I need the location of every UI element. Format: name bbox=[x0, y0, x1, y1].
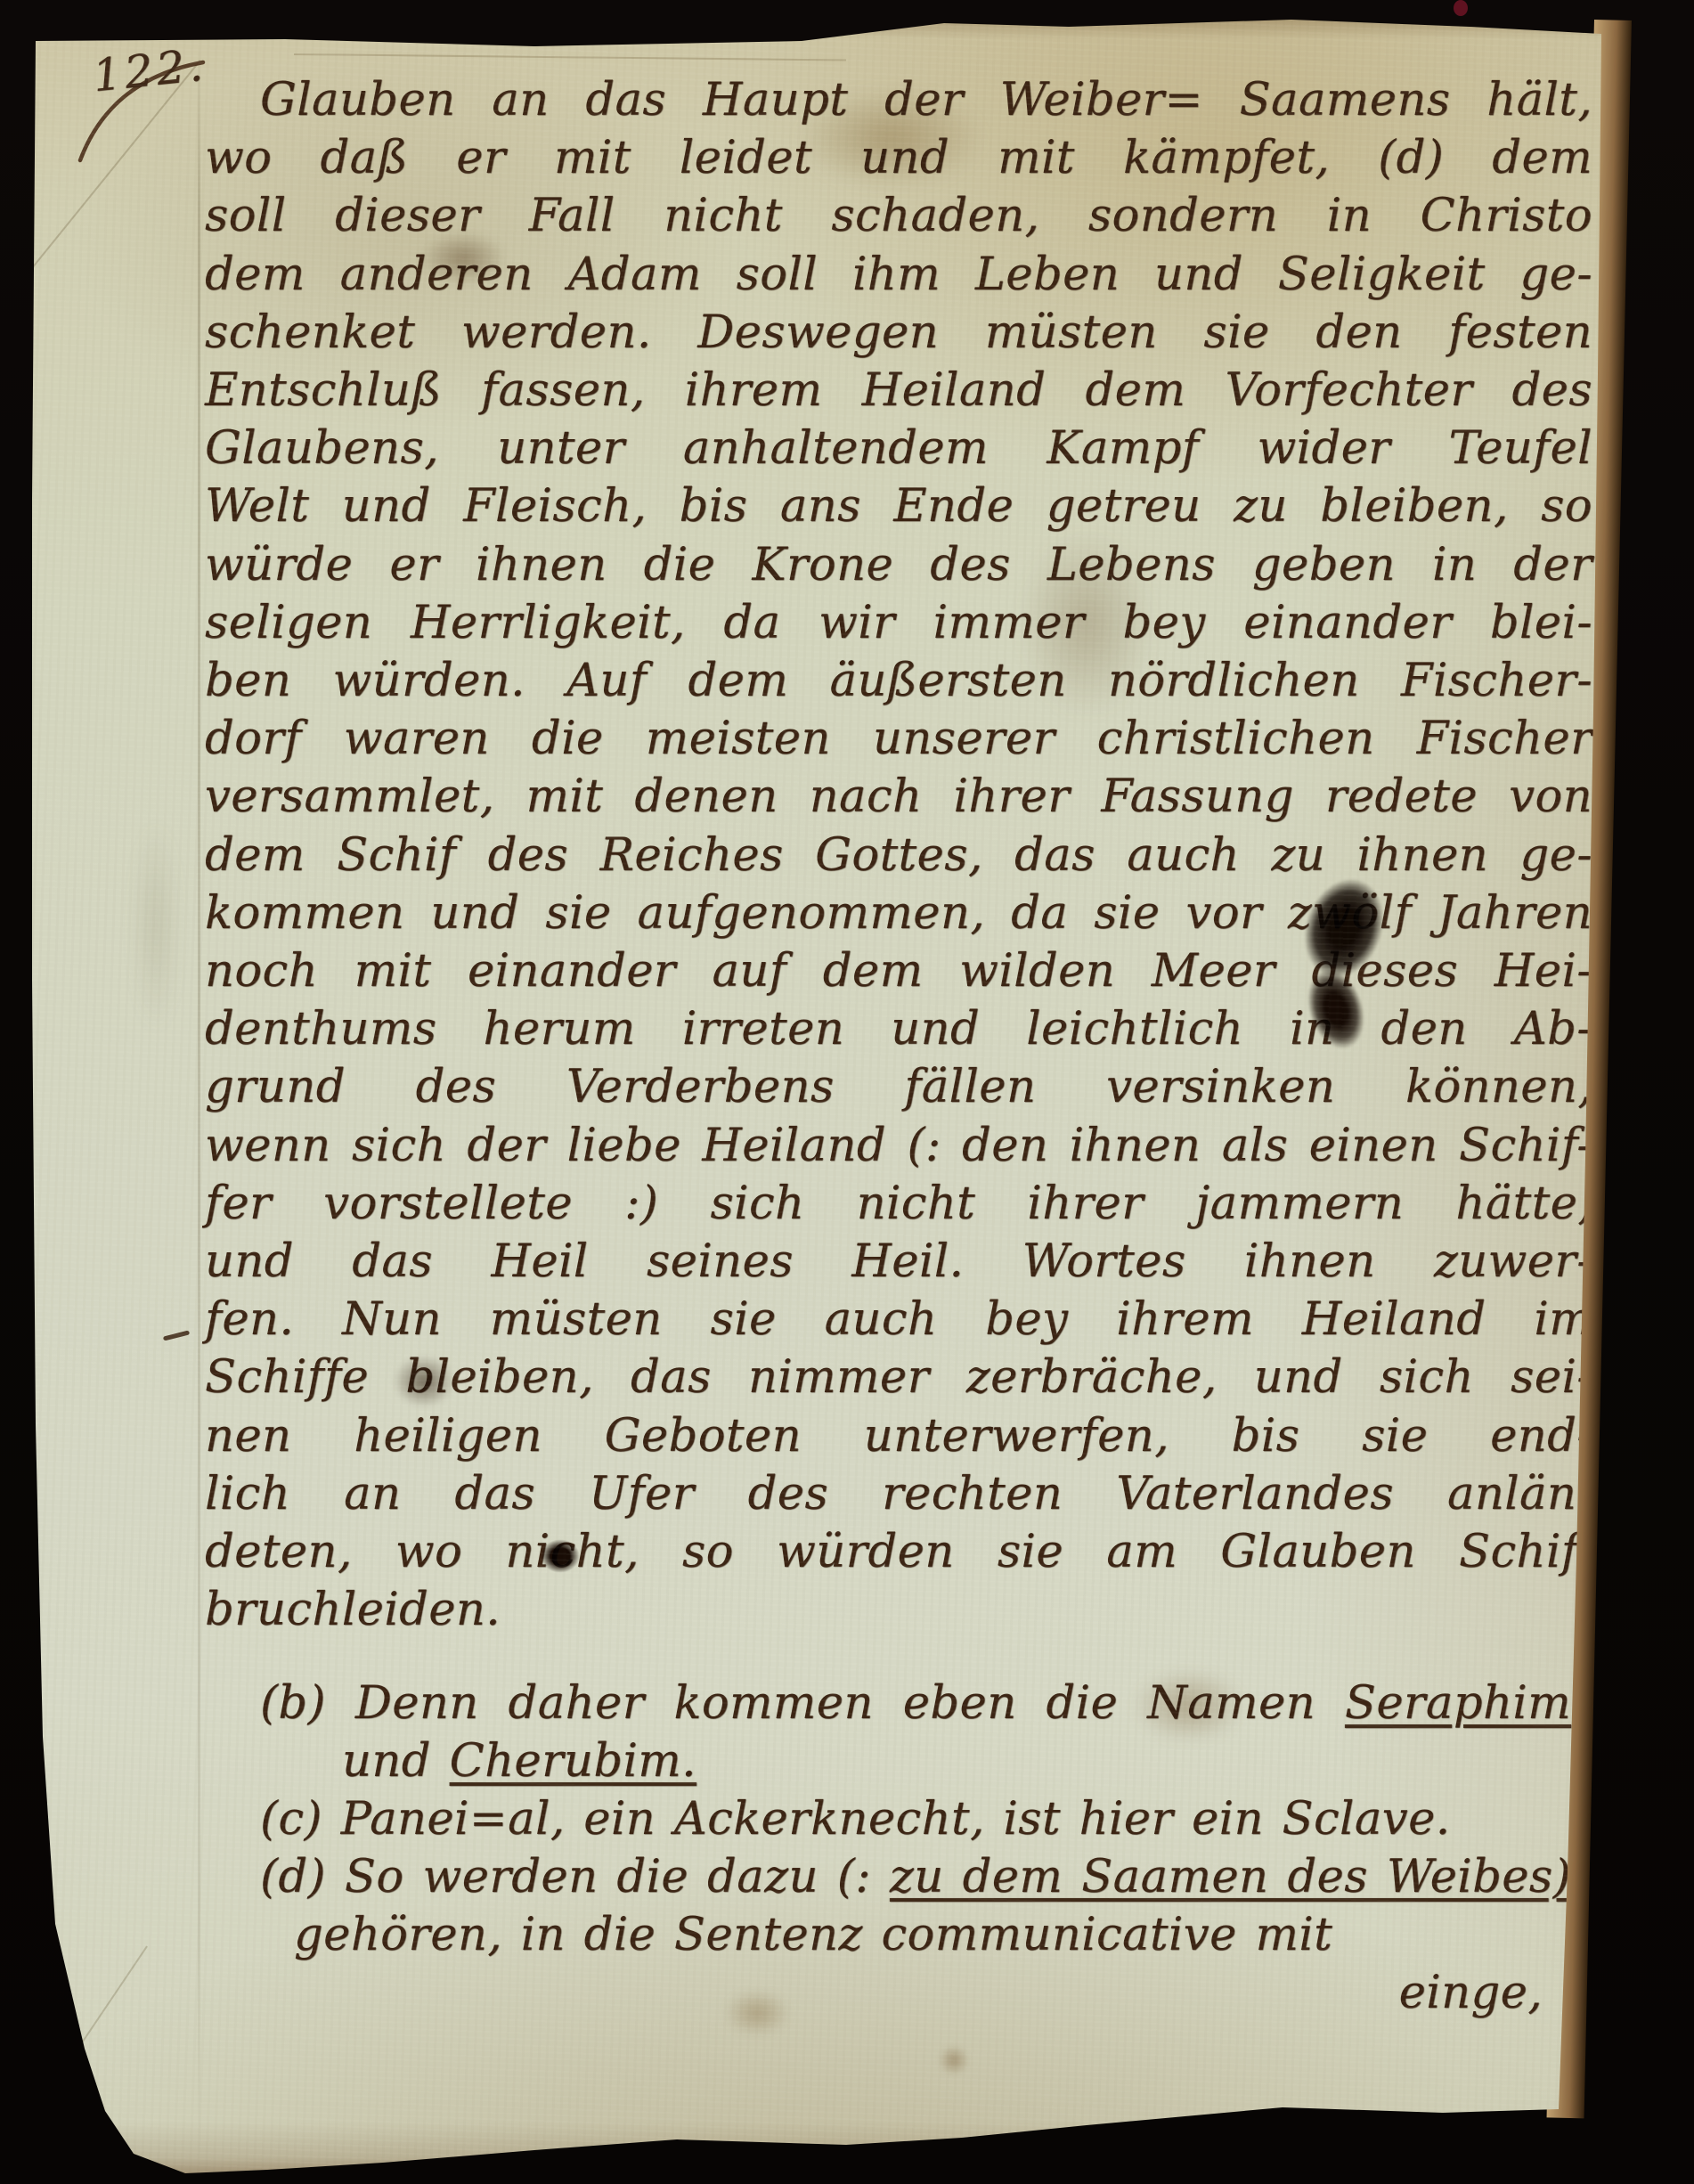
manuscript-line: seligen Herrligkeit, da wir immer bey ei… bbox=[205, 596, 1592, 651]
manuscript-line: wo daß er mit leidet und mit kämpfet, (d… bbox=[205, 131, 1592, 186]
manuscript-line: wenn sich der liebe Heiland (: den ihnen… bbox=[205, 1119, 1592, 1174]
manuscript-line: versammlet, mit denen nach ihrer Fassung… bbox=[205, 770, 1592, 825]
manuscript-line: soll dieser Fall nicht schaden, sondern … bbox=[205, 189, 1592, 244]
manuscript-line: lich an das Ufer des rechten Vaterlandes… bbox=[205, 1467, 1592, 1522]
footnote-line: und Cherubim. bbox=[342, 1734, 696, 1789]
manuscript-line: dorf waren die meisten unserer christlic… bbox=[205, 712, 1592, 767]
footnote-line: (d) So werden die dazu (: zu dem Saamen … bbox=[260, 1850, 1571, 1905]
binding-mark bbox=[1454, 0, 1468, 16]
fold-crease-bottom-left bbox=[61, 1946, 148, 2073]
paper-stain bbox=[933, 2040, 974, 2081]
fold-crease-vertical bbox=[198, 41, 200, 2161]
manuscript-line: und das Heil seines Heil. Wortes ihnen z… bbox=[205, 1235, 1592, 1290]
page-number: 122. bbox=[91, 42, 208, 98]
manuscript-line: fen. Nun müsten sie auch bey ihrem Heila… bbox=[205, 1292, 1592, 1348]
manuscript-line: dem Schif des Reiches Gottes, das auch z… bbox=[205, 828, 1592, 884]
manuscript-line: dem anderen Adam soll ihm Leben und Seli… bbox=[205, 248, 1592, 303]
manuscript-line: kommen und sie aufgenommen, da sie vor z… bbox=[205, 886, 1592, 941]
margin-dash bbox=[163, 1330, 190, 1341]
manuscript-line: bruchleiden. bbox=[205, 1583, 501, 1638]
manuscript-line: schenket werden. Deswegen müsten sie den… bbox=[205, 306, 1592, 361]
manuscript-line: Schiffe bleiben, das nimmer zerbräche, u… bbox=[205, 1350, 1592, 1406]
paper-stain bbox=[713, 1982, 802, 2044]
photo-background: 122. Glauben an das Haupt der Weiber= Sa… bbox=[0, 0, 1694, 2184]
footnote-line: einge, bbox=[1399, 1966, 1543, 2021]
paper-stain bbox=[125, 784, 187, 1069]
manuscript-line: Welt und Fleisch, bis ans Ende getreu zu… bbox=[205, 479, 1592, 534]
manuscript-line: nen heiligen Geboten unterwerfen, bis si… bbox=[205, 1409, 1592, 1464]
footnote-line: (c) Panei=al, ein Ackerknecht, ist hier … bbox=[260, 1792, 1450, 1847]
manuscript-line: Glaubens, unter anhaltendem Kampf wider … bbox=[205, 421, 1592, 477]
manuscript-line: deten, wo nicht, so würden sie am Glaube… bbox=[205, 1525, 1592, 1580]
manuscript-line: noch mit einander auf dem wilden Meer di… bbox=[205, 944, 1592, 999]
manuscript-line: grund des Verderbens fällen versinken kö… bbox=[205, 1060, 1592, 1115]
manuscript-line: würde er ihnen die Krone des Lebens gebe… bbox=[205, 538, 1592, 593]
fold-crease-top-edge bbox=[294, 53, 846, 61]
paper-sheet: 122. Glauben an das Haupt der Weiber= Sa… bbox=[0, 0, 1694, 2184]
manuscript-line: fer vorstellete :) sich nicht ihrer jamm… bbox=[205, 1177, 1592, 1232]
footnote-line: gehören, in die Sentenz communicative mi… bbox=[294, 1908, 1332, 1963]
manuscript-line: Glauben an das Haupt der Weiber= Saamens… bbox=[205, 73, 1592, 128]
manuscript-line: Entschluß fassen, ihrem Heiland dem Vorf… bbox=[205, 363, 1592, 419]
manuscript-line: ben würden. Auf dem äußersten nördlichen… bbox=[205, 654, 1592, 709]
manuscript-line: denthums herum irreten und leichtlich in… bbox=[205, 1002, 1592, 1057]
footnote-line: (b) Denn daher kommen eben die Namen Ser… bbox=[260, 1676, 1571, 1732]
